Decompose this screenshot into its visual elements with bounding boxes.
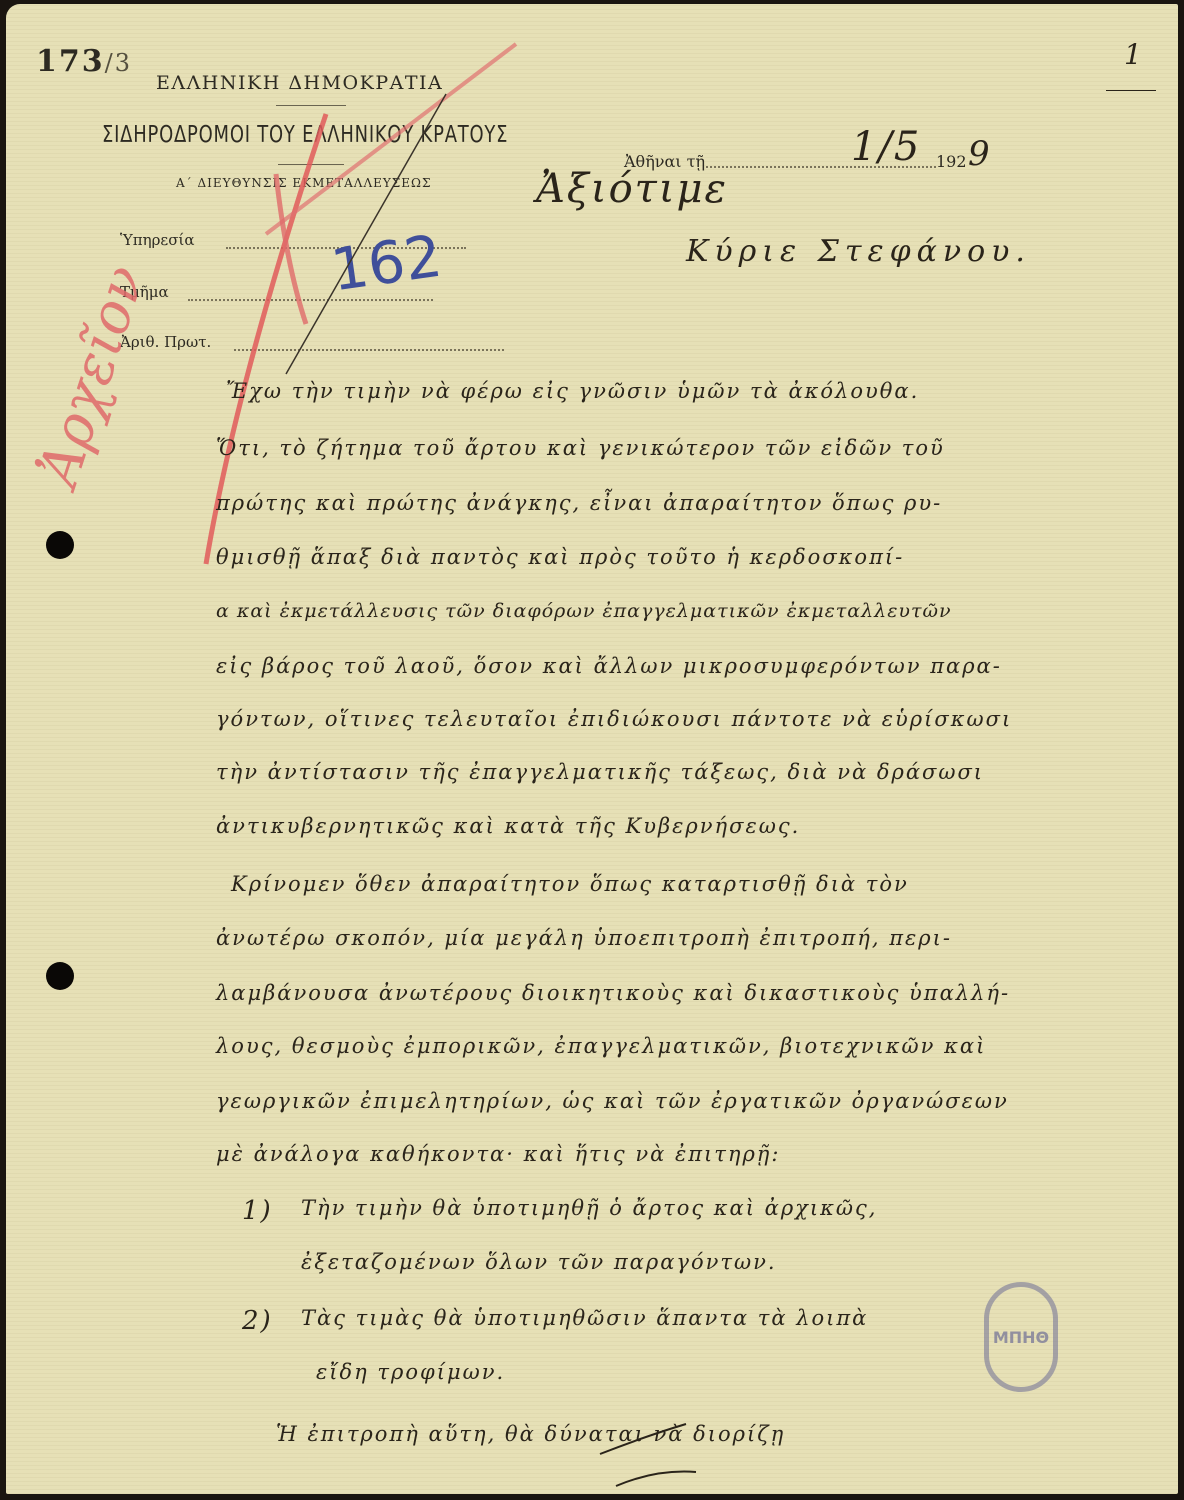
- body-line: α καὶ ἐκμετάλλευσις τῶν διαφόρων ἐπαγγελ…: [216, 600, 952, 622]
- list-item-line: εἴδη τροφίμων.: [316, 1360, 505, 1384]
- body-line: πρώτης καὶ πρώτης ἀνάγκης, εἶναι ἀπαραίτ…: [216, 491, 942, 515]
- punch-hole: [46, 531, 74, 559]
- body-line: λαμβάνουσα ἀνωτέρους διοικητικοὺς καὶ δι…: [216, 981, 1010, 1005]
- body-line: γεωργικῶν ἐπιμελητηρίων, ὡς καὶ τῶν ἐργα…: [216, 1089, 1009, 1113]
- list-item-line: ἐξεταζομένων ὅλων τῶν παραγόντων.: [301, 1250, 777, 1274]
- body-line: γόντων, οἵτινες τελευταῖοι ἐπιδιώκουσι π…: [216, 707, 1012, 731]
- list-marker: 2): [242, 1306, 273, 1336]
- body-line: μὲ ἀνάλογα καθήκοντα· καὶ ἥτις νὰ ἐπιτηρ…: [216, 1142, 780, 1166]
- body-line: λους, θεσμοὺς ἐμπορικῶν, ἐπαγγελματικῶν,…: [216, 1034, 986, 1058]
- letter-page: 173/3 ΕΛΛΗΝΙΚΗ ΔΗΜΟΚΡΑΤΙΑ ΣΙΔΗΡΟΔΡΟΜΟΙ Τ…: [6, 4, 1178, 1494]
- body-line: Ὅτι, τὸ ζήτημα τοῦ ἄρτου καὶ γενικώτερον…: [216, 436, 945, 460]
- list-item-line: Τὴν τιμὴν θὰ ὑποτιμηθῇ ὁ ἄρτος καὶ ἀρχικ…: [301, 1196, 877, 1220]
- archive-stamp: ΜΠΗΘ: [984, 1282, 1058, 1392]
- closing-line: Ἡ ἐπιτροπὴ αὕτη, θὰ δύναται νὰ διορίζῃ: [276, 1422, 785, 1446]
- body-line: Ἔχω τὴν τιμὴν νὰ φέρω εἰς γνῶσιν ὑμῶν τὰ…: [226, 379, 919, 403]
- body-line: εἰς βάρος τοῦ λαοῦ, ὅσον καὶ ἄλλων μικρο…: [216, 654, 1002, 678]
- body-line: ἀντικυβερνητικῶς καὶ κατὰ τῆς Κυβερνήσεω…: [216, 814, 800, 838]
- body-line: τὴν ἀντίστασιν τῆς ἐπαγγελματικῆς τάξεως…: [216, 760, 984, 784]
- body-line: Κρίνομεν ὅθεν ἀπαραίτητον ὅπως καταρτισθ…: [231, 872, 909, 896]
- punch-hole: [46, 962, 74, 990]
- list-marker: 1): [242, 1196, 273, 1226]
- body-line: θμισθῇ ἅπαξ διὰ παντὸς καὶ πρὸς τοῦτο ἡ …: [216, 545, 904, 569]
- body-line: ἀνωτέρω σκοπόν, μία μεγάλη ὑποεπιτροπὴ ἐ…: [216, 926, 952, 950]
- list-item-line: Τὰς τιμὰς θὰ ὑποτιμηθῶσιν ἅπαντα τὰ λοιπ…: [301, 1306, 868, 1330]
